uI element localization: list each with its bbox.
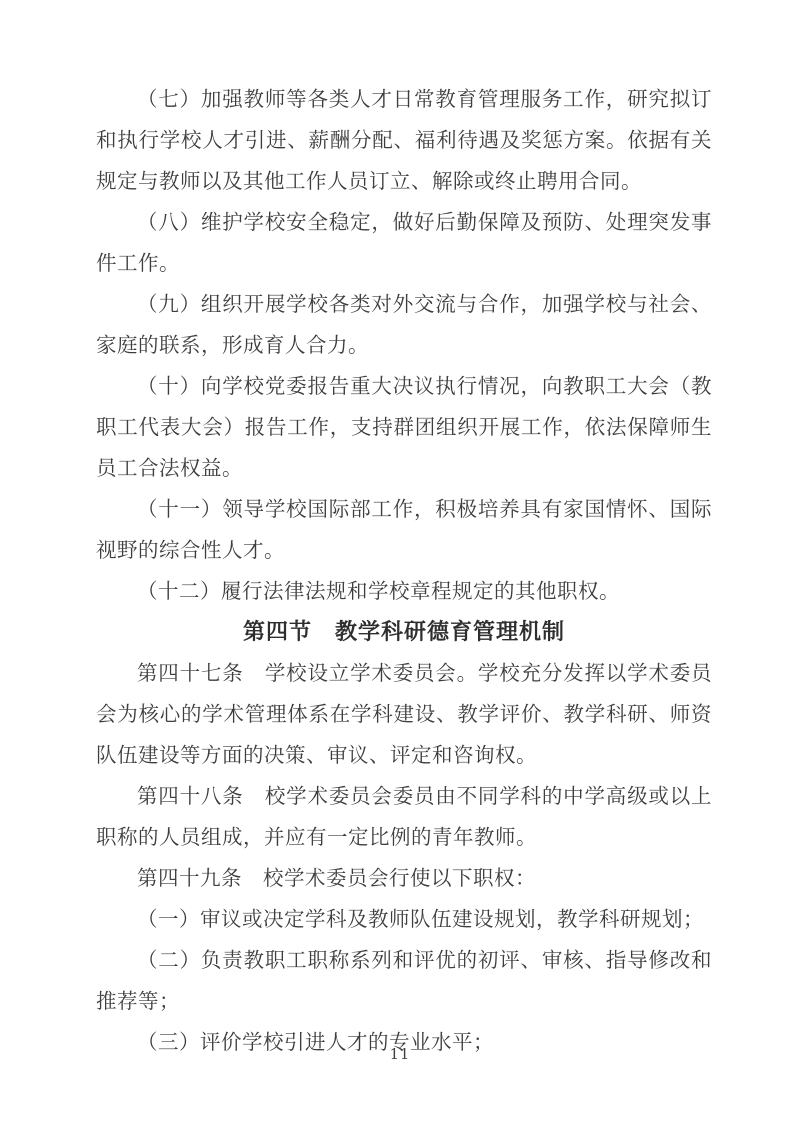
clause-paragraph-8: （八）维护学校安全稳定，做好后勤保障及预防、处理突发事件工作。 bbox=[96, 202, 712, 284]
article-48-paragraph: 第四十八条 校学术委员会委员由不同学科的中学高级或以上职称的人员组成，并应有一定… bbox=[96, 776, 712, 858]
clause-paragraph-11: （十一）领导学校国际部工作，积极培养具有家国情怀、国际视野的综合性人才。 bbox=[96, 489, 712, 571]
document-page: （七）加强教师等各类人才日常教育管理服务工作，研究拟订和执行学校人才引进、薪酬分… bbox=[0, 0, 800, 1131]
article-49-paragraph: 第四十九条 校学术委员会行使以下职权： bbox=[96, 858, 712, 899]
clause-paragraph-10: （十）向学校党委报告重大决议执行情况，向教职工大会（教职工代表大会）报告工作，支… bbox=[96, 366, 712, 489]
clause-paragraph-9: （九）组织开展学校各类对外交流与合作，加强学校与社会、家庭的联系，形成育人合力。 bbox=[96, 284, 712, 366]
clause-paragraph-7: （七）加强教师等各类人才日常教育管理服务工作，研究拟订和执行学校人才引进、薪酬分… bbox=[96, 79, 712, 202]
section-heading: 第四节 教学科研德育管理机制 bbox=[96, 612, 712, 653]
item-2-paragraph: （二）负责教职工职称系列和评优的初评、审核、指导修改和推荐等； bbox=[96, 940, 712, 1022]
article-47-paragraph: 第四十七条 学校设立学术委员会。学校充分发挥以学术委员会为核心的学术管理体系在学… bbox=[96, 653, 712, 776]
clause-paragraph-12: （十二）履行法律法规和学校章程规定的其他职权。 bbox=[96, 571, 712, 612]
page-number: 11 bbox=[390, 1047, 410, 1063]
item-1-paragraph: （一）审议或决定学科及教师队伍建设规划，教学科研规划； bbox=[96, 899, 712, 940]
page-footer: 11 bbox=[0, 1044, 800, 1063]
